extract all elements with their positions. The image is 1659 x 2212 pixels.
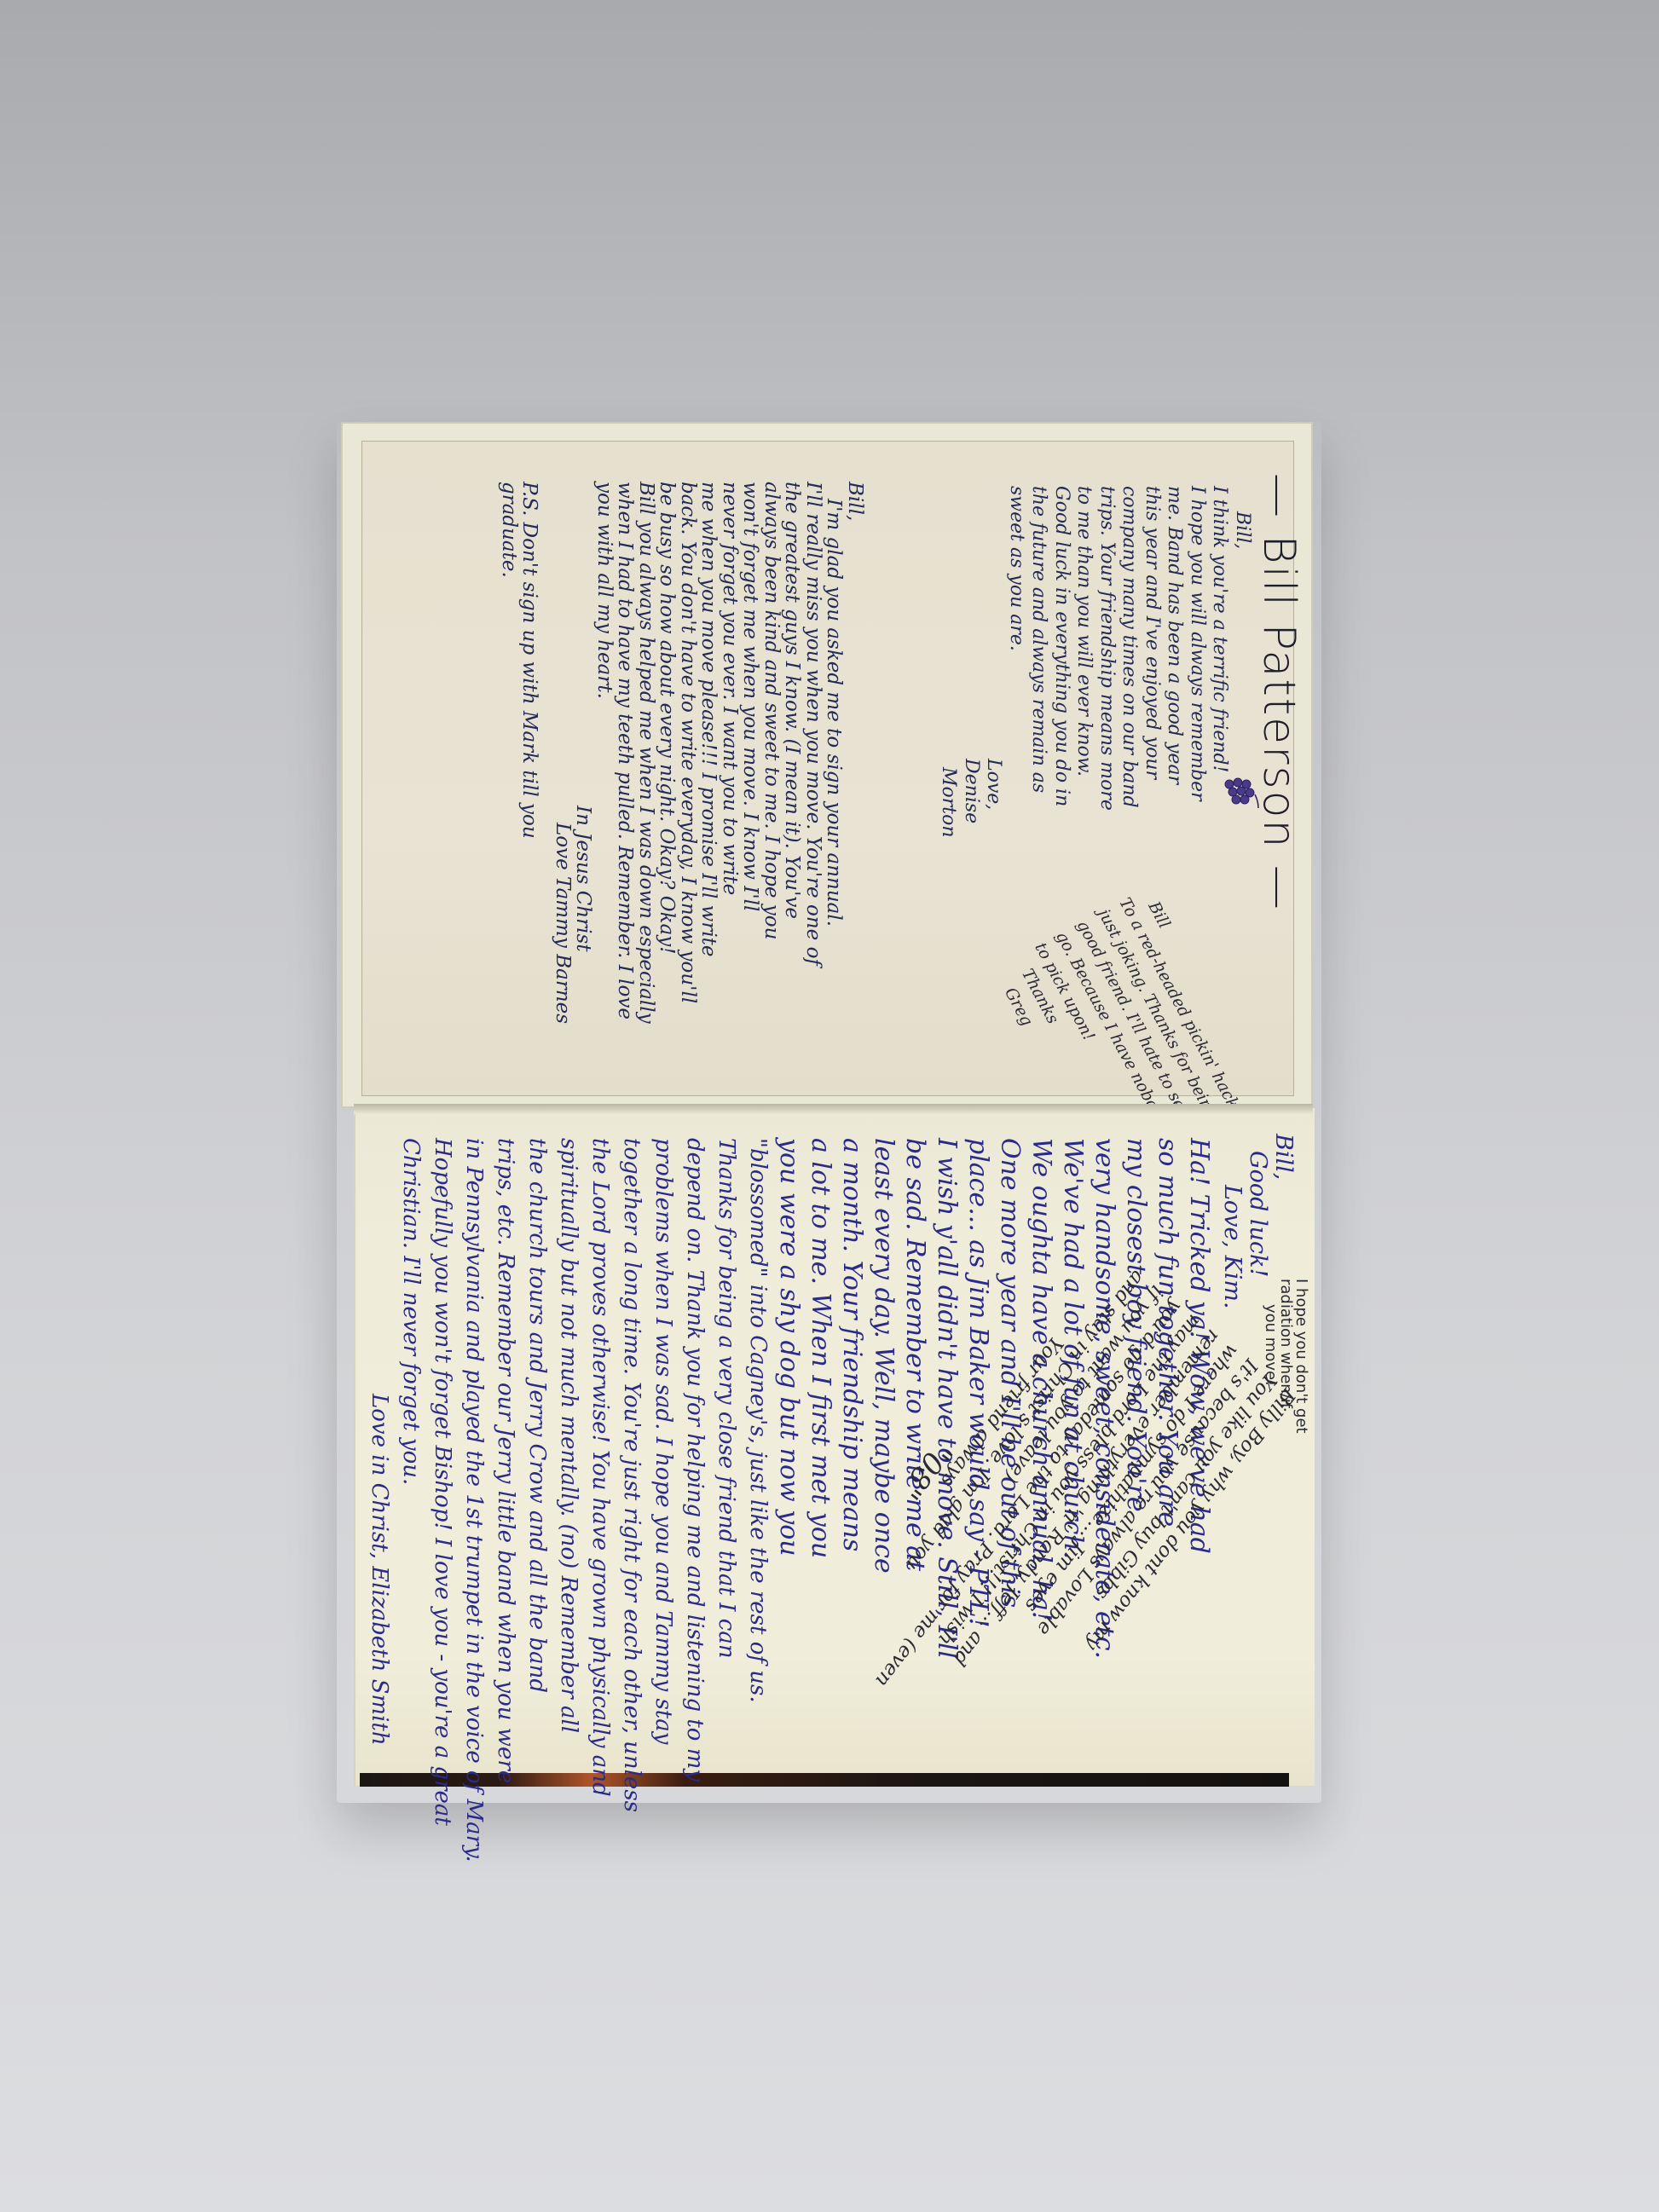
page-title: — Bill Patterson —	[1253, 473, 1304, 911]
book-gutter	[354, 1104, 1313, 1114]
tammy-note: Bill, I'm glad you asked me to sign your…	[499, 482, 866, 1024]
denise-note: Bill, I think you're a terrific friend! …	[937, 486, 1253, 838]
